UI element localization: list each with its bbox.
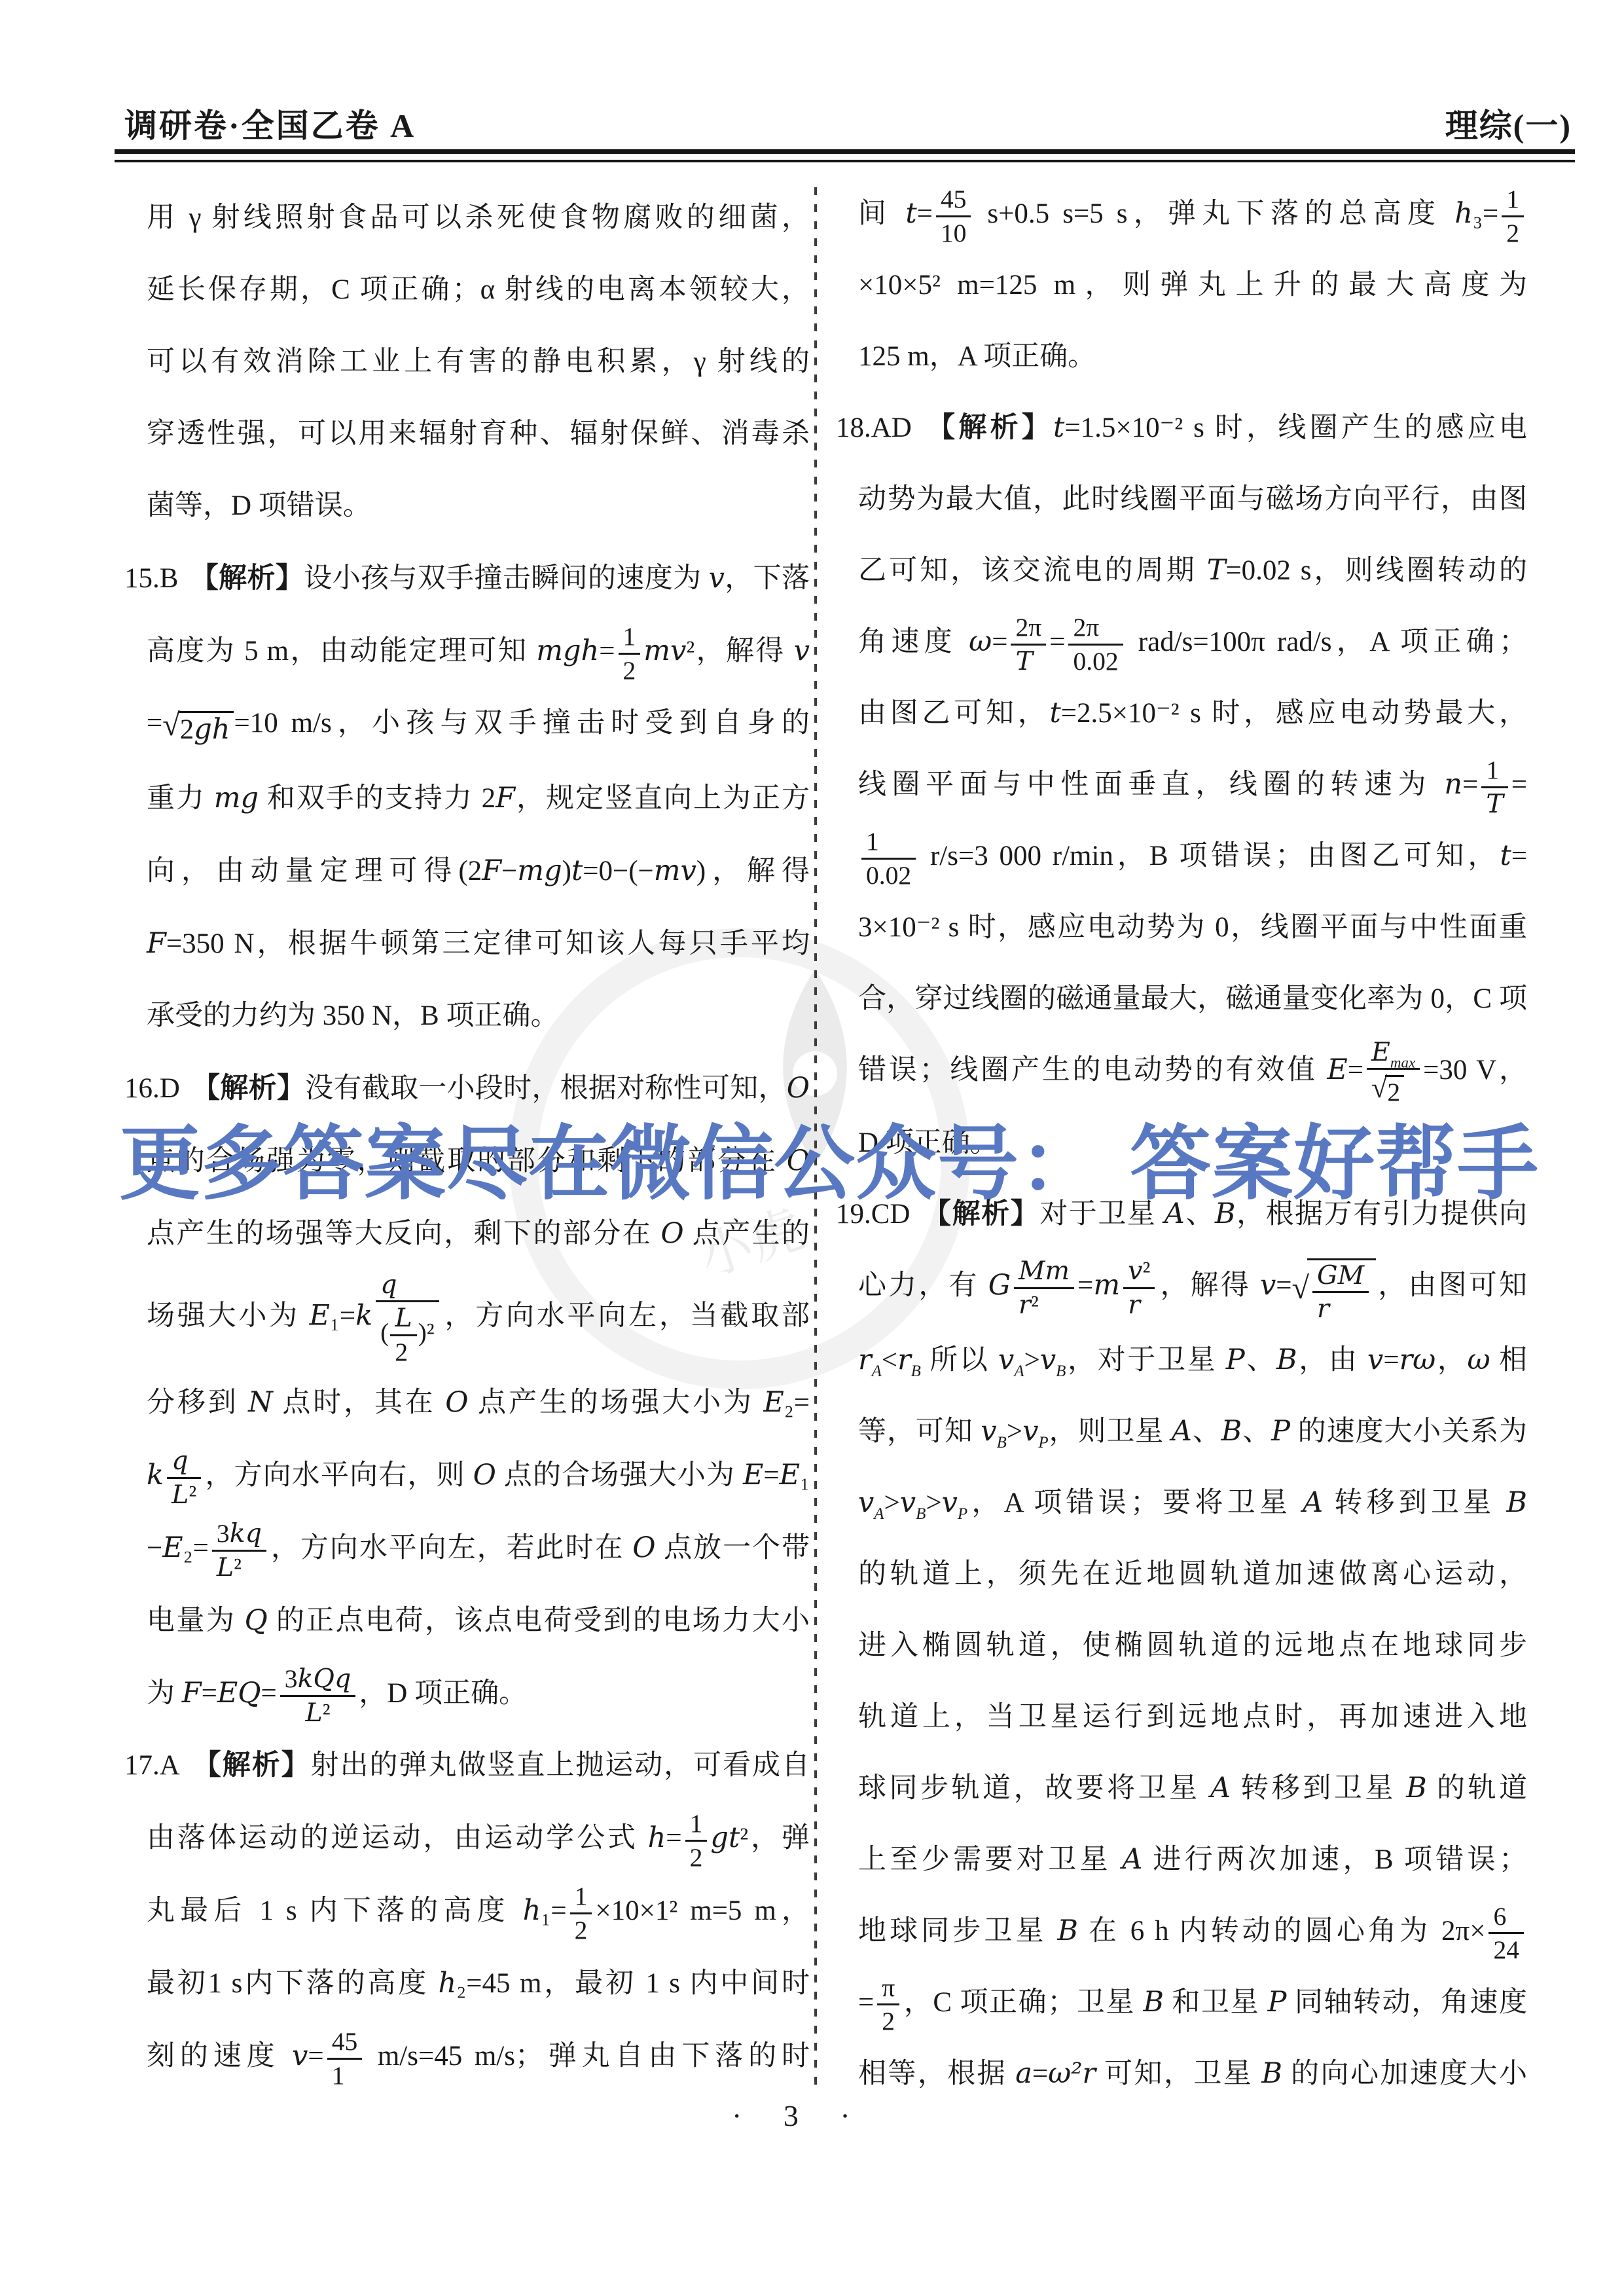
text-line: 等，可知 vB>vP，则卫星 A、B、P 的速度大小关系为 [858,1396,1527,1467]
page-title-right: 理综(一) [1445,100,1572,147]
text-line: 17.A【解析】射出的弹丸做竖直上抛运动，可看成自 [147,1730,810,1802]
text-line: 场强大小为 E₁=kq(L2)²，方向水平向左，当截取部 [147,1270,810,1366]
text-line: 可以有效消除工业上有害的静电积累，γ 射线的 [147,326,810,398]
text-line: 由图乙可知，t=2.5×10⁻² s 时，感应电动势最大， [858,678,1527,749]
answer-item: 17.A【解析】射出的弹丸做竖直上抛运动，可看成自由落体运动的逆运动，由运动学公… [124,1730,810,2092]
answer-label: 15.B [124,543,178,615]
answer-item: 15.B【解析】设小孩与双手撞击瞬间的速度为 v，下落高度为 5 m，由动能定理… [124,542,810,1052]
text-line: 乙可知，该交流电的周期 T=0.02 s，则线圈转动的 [858,535,1527,606]
text-line: −E₂=3kqL²，方向水平向左，若此时在 O 点放一个带 [147,1512,810,1584]
text-line: 10.02 r/s=3 000 r/min，B 项错误；由图乙可知，t= [858,820,1527,892]
text-line: 进入椭圆轨道，使椭圆轨道的远地点在地球同步 [858,1610,1527,1681]
text-line: 菌等，D 项错误。 [147,470,810,542]
text-line: 为 F=EQ=3kQqL²，D 项正确。 [147,1657,810,1730]
text-line: 地球同步卫星 B 在 6 h 内转动的圆心角为 2π×624 [858,1895,1527,1967]
text-line: 高度为 5 m，由动能定理可知 mgh=12mv²，解得 v [147,615,810,687]
text-line: 角速度 ω=2πT=2π0.02 rad/s=100π rad/s，A 项正确； [858,606,1527,678]
text-line: =√2gh=10 m/s，小孩与双手撞击时受到自身的 [147,687,810,762]
text-line: ×10×5² m=125 m，则弹丸上升的最大高度为 [858,249,1527,321]
text-line: 由落体运动的逆运动，由运动学公式 h=12gt²，弹 [147,1802,810,1874]
watermark-text: 更多答案尽在微信公众号： 答案好帮手 [119,1099,1539,1215]
answer-item: 间 t=4510 s+0.5 s=5 s，弹丸下落的总高度 h₃=12×10×5… [836,178,1527,392]
text-line: 的轨道上，须先在近地圆轨道加速做离心运动， [858,1539,1527,1610]
text-line: 动势为最大值，此时线圈平面与磁场方向平行，由图 [858,464,1527,535]
text-line: kqL²，方向水平向右，则 O 点的合场强大小为 E=E₁ [147,1439,810,1512]
text-line: 心力，有 GMmr²=mv²r，解得 v=√GMr，由图可知 [858,1250,1527,1324]
text-line: 刻的速度 v=451 m/s=45 m/s；弹丸自由下落的时 [147,2020,810,2092]
answer-item: 18.AD【解析】t=1.5×10⁻² s 时，线圈产生的感应电动势为最大值，此… [836,392,1527,1178]
text-line: 线圈平面与中性面垂直，线圈的转速为 n=1T= [858,749,1527,820]
text-line: 上至少需要对卫星 A 进行两次加速，B 项错误； [858,1824,1527,1895]
text-line: 相等，根据 a=ω²r 可知，卫星 B 的向心加速度大小 [858,2038,1527,2109]
text-line: 合，穿过线圈的磁通量最大，磁通量变化率为 0，C 项 [858,963,1527,1034]
text-line: 分移到 N 点时，其在 O 点产生的场强大小为 E₂= [147,1366,810,1439]
page-number: · 3 · [732,2098,867,2133]
text-line: 球同步轨道，故要将卫星 A 转移到卫星 B 的轨道 [858,1753,1527,1824]
answer-label: 17.A [124,1730,180,1802]
text-line: =π2，C 项正确；卫星 B 和卫星 P 同轴转动，角速度 [858,1967,1527,2038]
text-line: 电量为 Q 的正点电荷，该点电荷受到的电场力大小 [147,1584,810,1657]
text-line: 丸最后 1 s 内下落的高度 h₁=12×10×1² m=5 m， [147,1874,810,1947]
text-line: 轨道上，当卫星运行到远地点时，再加速进入地 [858,1681,1527,1753]
page-title-left: 调研卷·全国乙卷 A [124,100,416,147]
answer-label: 18.AD [836,392,912,464]
text-line: 向，由动量定理可得(2F−mg)t=0−(−mv)，解得 [147,835,810,907]
text-line: 延长保存期，C 项正确；α 射线的电离本领较大， [147,254,810,326]
text-line: 错误；线圈产生的电动势的有效值 E=Emax√2=30 V， [858,1034,1527,1107]
header-double-rule [115,149,1575,162]
answer-item: 用 γ 射线照射食品可以杀死使食物腐败的细菌，延长保存期，C 项正确；α 射线的… [124,182,810,542]
text-line: F=350 N，根据牛顿第三定律可知该人每只手平均 [147,907,810,980]
answer-item: 19.CD【解析】对于卫星 A、B，根据万有引力提供向心力，有 GMmr²=mv… [836,1178,1527,2109]
text-line: 3×10⁻² s 时，感应电动势为 0，线圈平面与中性面重 [858,892,1527,963]
exam-answer-page: 调研卷·全国乙卷 A 理综(一) 小虎 用 γ 射线照射食品可以杀死使食物腐败的… [0,0,1624,2283]
text-line: vA>vB>vP，A 项错误；要将卫星 A 转移到卫星 B [858,1467,1527,1539]
text-line: 承受的力约为 350 N，B 项正确。 [147,980,810,1052]
text-line: 15.B【解析】设小孩与双手撞击瞬间的速度为 v，下落 [147,542,810,615]
text-line: 间 t=4510 s+0.5 s=5 s，弹丸下落的总高度 h₃=12 [858,178,1527,249]
text-line: 125 m，A 项正确。 [858,321,1527,392]
text-line: rA<rB 所以 vA>vB，对于卫星 P、B，由 v=rω，ω 相 [858,1324,1527,1396]
text-line: 最初1 s内下落的高度 h₂=45 m，最初 1 s 内中间时 [147,1947,810,2020]
text-line: 用 γ 射线照射食品可以杀死使食物腐败的细菌， [147,182,810,254]
text-line: 穿透性强，可以用来辐射育种、辐射保鲜、消毒杀 [147,398,810,470]
text-line: 重力 mg 和双手的支持力 2F，规定竖直向上为正方 [147,762,810,835]
text-line: 18.AD【解析】t=1.5×10⁻² s 时，线圈产生的感应电 [858,392,1527,464]
